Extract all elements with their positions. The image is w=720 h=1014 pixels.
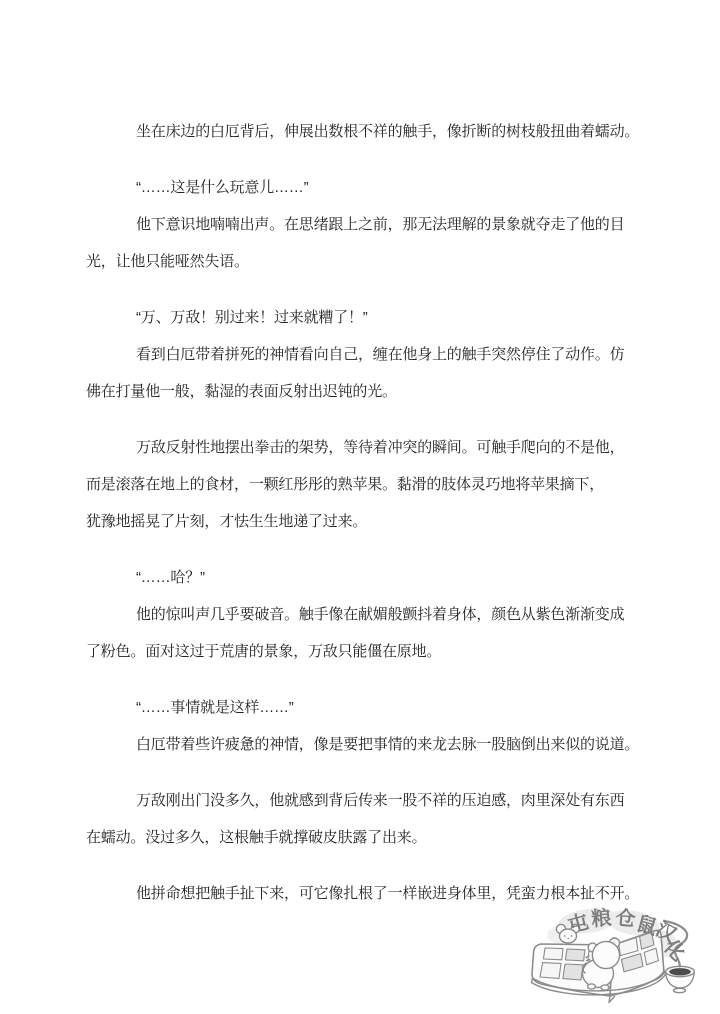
translation-group-watermark: 屯粮仓鼠汉化 [528, 899, 720, 1014]
watermark-illustration: 屯粮仓鼠汉化 [528, 899, 720, 1014]
text-line: “……哈？” [86, 559, 636, 596]
text-line: 在蠕动。没过多久，这根触手就撑破皮肤露了出来。 [86, 819, 636, 856]
paragraph-group: 坐在床边的白厄背后，伸展出数根不祥的触手，像折断的树枝般扭曲着蠕动。 [86, 113, 636, 150]
paragraph-group: 万敌刚出门没多久，他就感到背后传来一股不祥的压迫感，肉里深处有东西在蠕动。没过多… [86, 782, 636, 856]
text-line: “……事情就是这样……” [86, 689, 636, 726]
text-line: 他的惊叫声几乎要破音。触手像在献媚般颤抖着身体，颜色从紫色渐渐变成 [86, 596, 636, 633]
text-line: “万、万敌！别过来！过来就糟了！” [86, 299, 636, 336]
text-line: 万敌刚出门没多久，他就感到背后传来一股不祥的压迫感，肉里深处有东西 [86, 782, 636, 819]
text-line: 看到白厄带着拼死的神情看向自己，缠在他身上的触手突然停住了动作。仿 [86, 336, 636, 373]
watermark-char: 仓 [615, 905, 637, 931]
text-line: 佛在打量他一般，黏湿的表面反射出迟钝的光。 [86, 373, 636, 410]
text-line: 白厄带着些许疲惫的神情，像是要把事情的来龙去脉一股脑倒出来似的说道。 [86, 726, 636, 763]
watermark-char: 粮 [590, 905, 612, 931]
text-line: 而是滚落在地上的食材，一颗红彤彤的熟苹果。黏滑的肢体灵巧地将苹果摘下， [86, 466, 636, 503]
paragraph-group: “……这是什么玩意儿……”他下意识地喃喃出声。在思绪跟上之前，那无法理解的景象就… [86, 169, 636, 280]
text-line: 了粉色。面对这过于荒唐的景象，万敌只能僵在原地。 [86, 633, 636, 670]
paragraph-group: “万、万敌！别过来！过来就糟了！”看到白厄带着拼死的神情看向自己，缠在他身上的触… [86, 299, 636, 410]
novel-text: 坐在床边的白厄背后，伸展出数根不祥的触手，像折断的树枝般扭曲着蠕动。“……这是什… [86, 113, 636, 931]
text-line: 光，让他只能哑然失语。 [86, 243, 636, 280]
text-line: “……这是什么玩意儿……” [86, 169, 636, 206]
teacup-icon [666, 966, 695, 992]
paragraph-group: 万敌反射性地摆出拳击的架势，等待着冲突的瞬间。可触手爬向的不是他，而是滚落在地上… [86, 429, 636, 540]
paragraph-group: “……哈？”他的惊叫声几乎要破音。触手像在献媚般颤抖着身体，颜色从紫色渐渐变成了… [86, 559, 636, 670]
paragraph-group: “……事情就是这样……”白厄带着些许疲惫的神情，像是要把事情的来龙去脉一股脑倒出… [86, 689, 636, 763]
text-line: 他下意识地喃喃出声。在思绪跟上之前，那无法理解的景象就夺走了他的目 [86, 206, 636, 243]
text-line: 万敌反射性地摆出拳击的架势，等待着冲突的瞬间。可触手爬向的不是他， [86, 429, 636, 466]
text-line: 犹豫地摇晃了片刻，才怯生生地递了过来。 [86, 503, 636, 540]
text-line: 坐在床边的白厄背后，伸展出数根不祥的触手，像折断的树枝般扭曲着蠕动。 [86, 113, 636, 150]
